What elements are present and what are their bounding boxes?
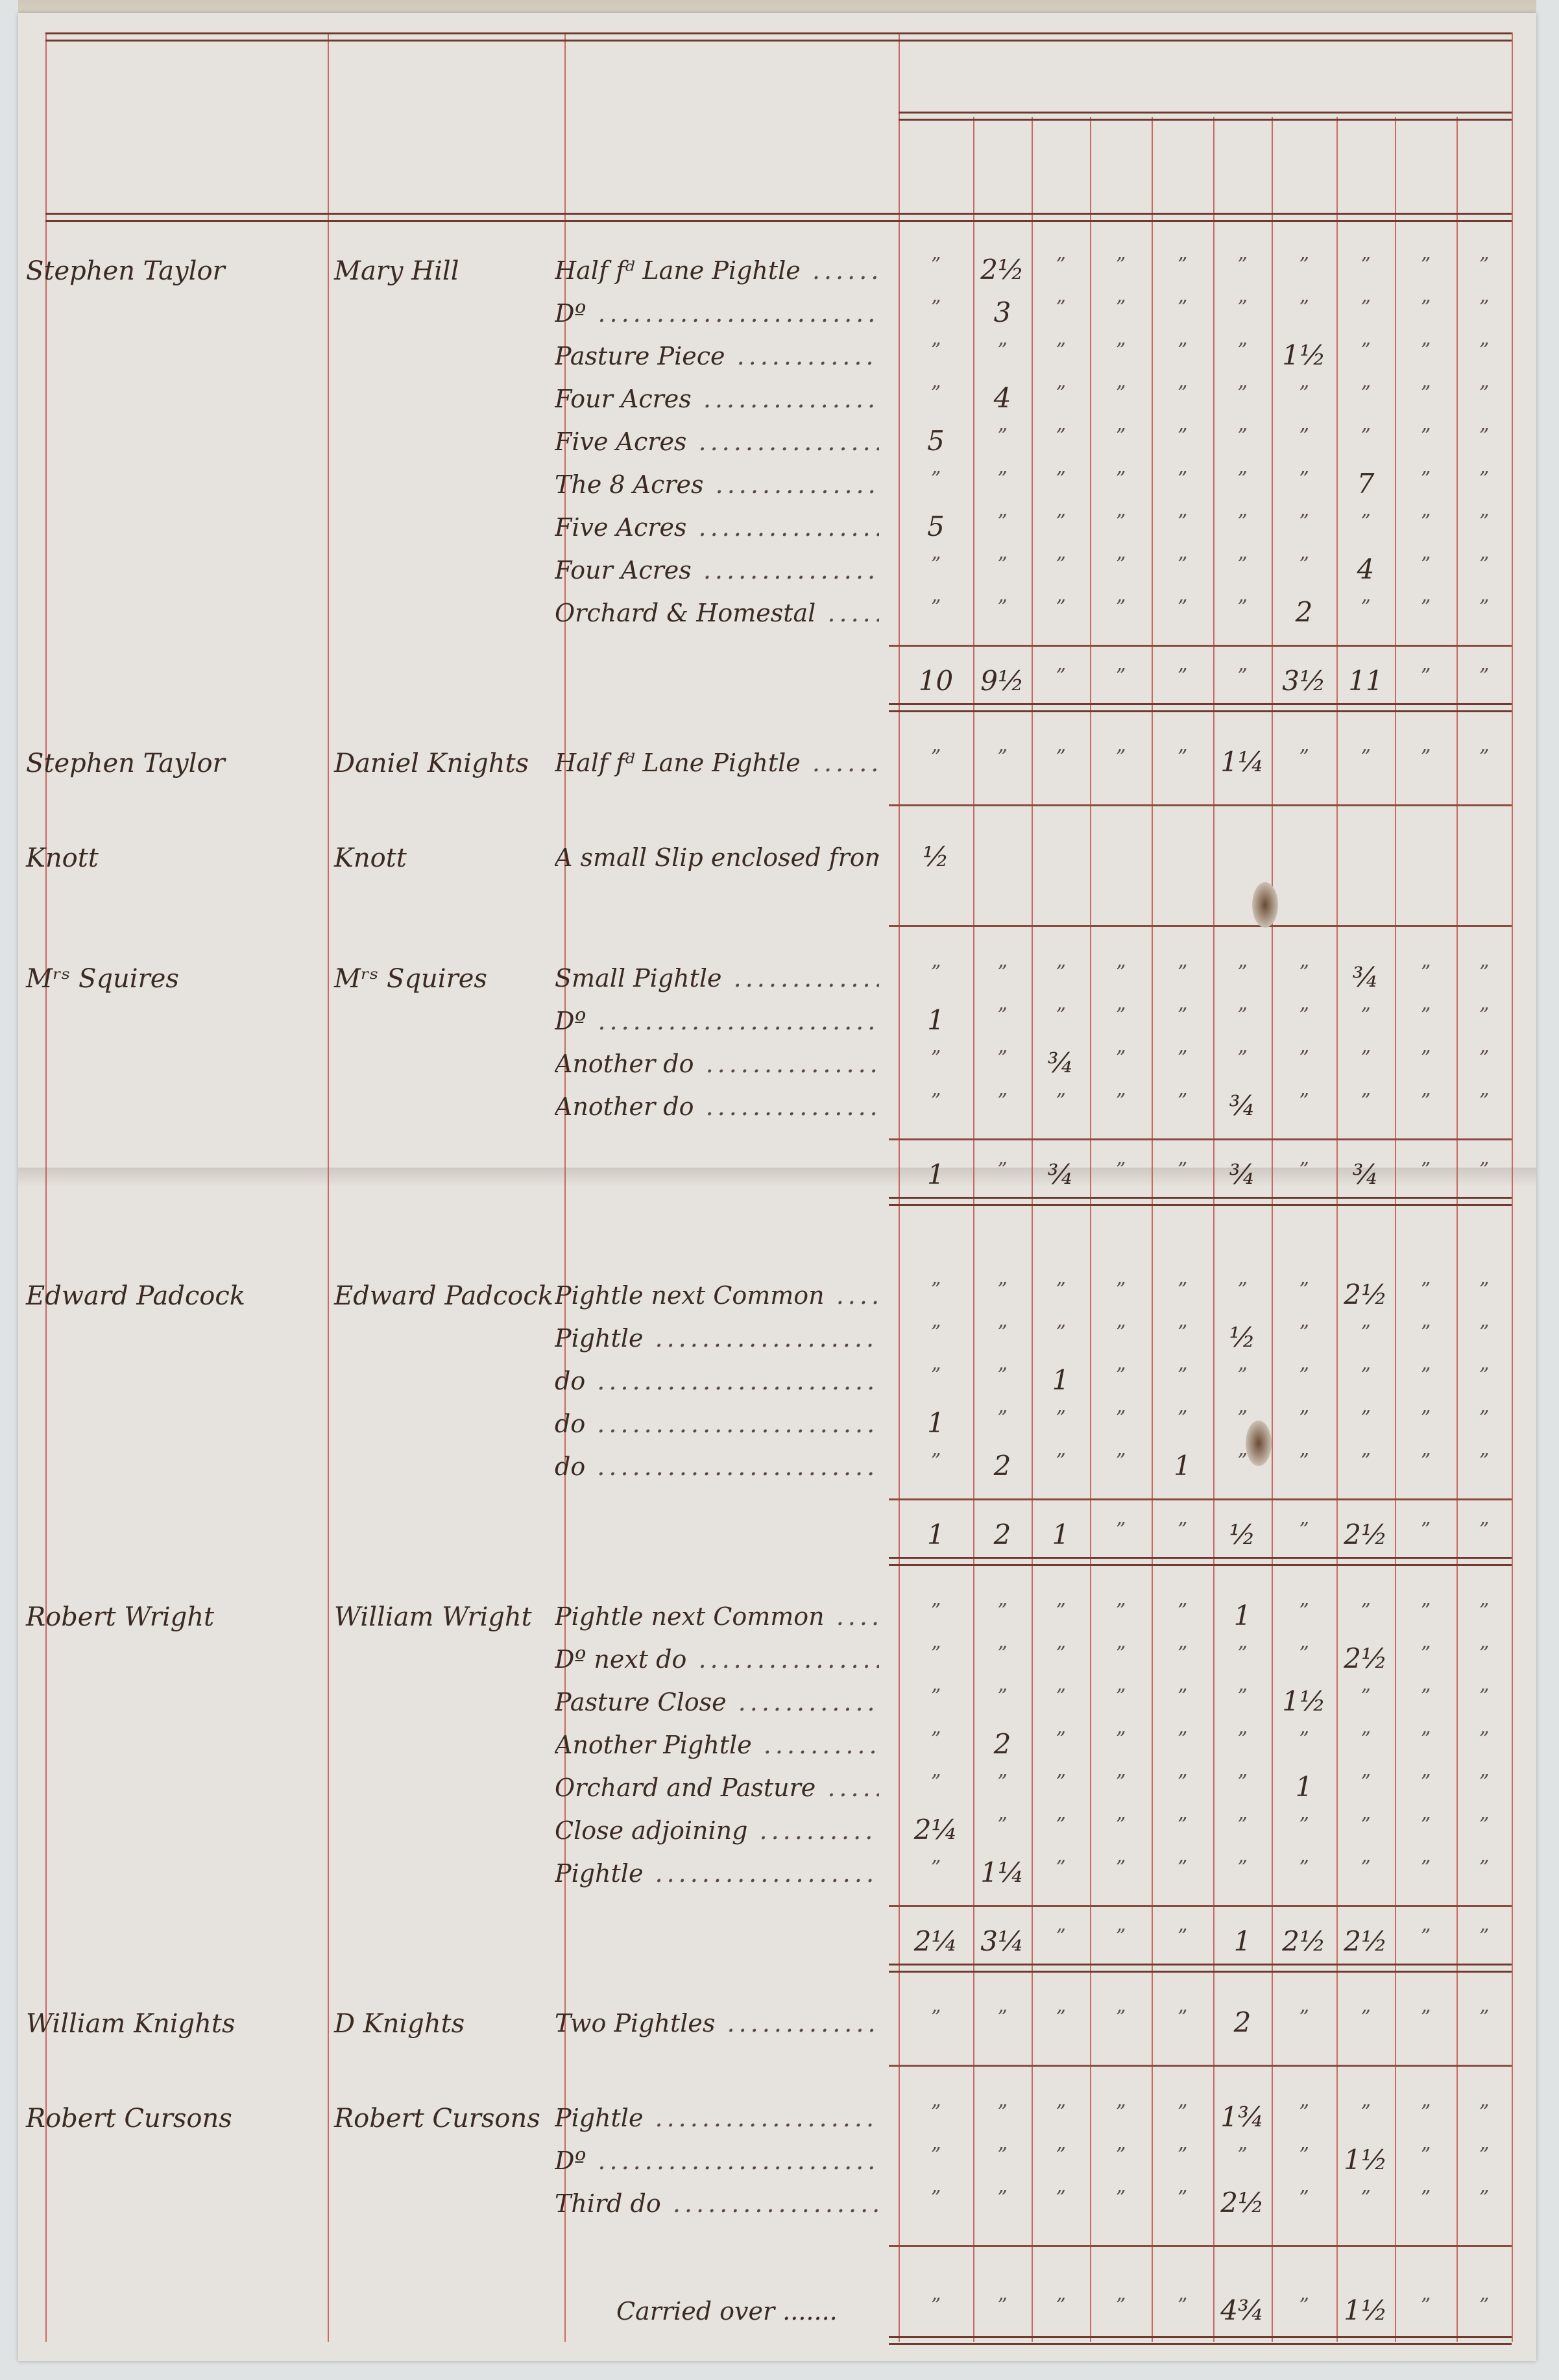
value-cell: ”: [973, 339, 1032, 362]
land-description: The 8 Acres ..........................: [555, 470, 879, 499]
value-cell: 10: [907, 665, 965, 697]
value-cell: ”: [1455, 1450, 1514, 1472]
proprietor-name: William Knights: [26, 2009, 235, 2039]
land-description: Dº ..........................: [555, 1007, 879, 1035]
proprietor-name: Mʳˢ Squires: [26, 964, 179, 994]
value-cell: 1: [1154, 1450, 1212, 1482]
value-cell: ”: [1397, 1519, 1455, 1541]
description-text: A small Slip enclosed from Common: [555, 843, 879, 872]
value-cell: ”: [973, 553, 1032, 576]
value-cell: ”: [1336, 1047, 1395, 1070]
leader-dots: ..........................: [752, 1731, 879, 1759]
value-cell: ”: [1455, 425, 1514, 448]
leader-dots: ..........................: [686, 513, 879, 542]
value-cell: ”: [1092, 425, 1150, 448]
value-cell: ”: [1275, 553, 1333, 576]
occupier-name: Robert Cursons: [334, 2104, 540, 2134]
land-description: Four Acres ..........................: [555, 385, 879, 413]
value-cell: ”: [1032, 1450, 1090, 1472]
value-cell: ”: [907, 1321, 965, 1344]
value-cell: ”: [1154, 1364, 1212, 1387]
occupier-name: William Wright: [334, 1602, 532, 1632]
value-cell: ”: [1336, 339, 1395, 362]
value-cell: ”: [973, 596, 1032, 619]
value-cell: ”: [1092, 1321, 1150, 1344]
value-cell: ”: [1275, 1159, 1333, 1181]
description-text: Another do: [555, 1050, 694, 1078]
value-cell: ”: [1032, 511, 1090, 533]
value-cell: ”: [907, 2187, 965, 2209]
value-cell: ”: [1275, 1004, 1333, 1027]
value-cell: ”: [1092, 2006, 1150, 2029]
value-cell: ”: [1032, 382, 1090, 405]
value-cell: 2: [973, 1519, 1032, 1550]
value-cell: 3¼: [973, 1925, 1032, 1957]
value-cell: ”: [1032, 425, 1090, 448]
value-cell: 1¾: [1213, 2101, 1272, 2133]
leader-dots: ..........................: [643, 1324, 879, 1352]
value-cell: ”: [1455, 2101, 1514, 2124]
description-text: Dº next do: [555, 1645, 686, 1674]
value-cell: ”: [1336, 1090, 1395, 1112]
value-cell: 1½: [1336, 2294, 1395, 2326]
value-cell: ”: [907, 1279, 965, 1301]
leader-dots: ..........................: [825, 1281, 879, 1310]
value-cell: ”: [1092, 2101, 1150, 2124]
value-cell: ”: [1336, 1685, 1395, 1708]
occupier-name: Mary Hill: [334, 256, 459, 286]
value-cell: ”: [1092, 1364, 1150, 1387]
description-text: Close adjoining: [555, 1816, 747, 1845]
value-cell: ”: [1092, 1090, 1150, 1112]
value-cell: ”: [1336, 1814, 1395, 1836]
value-cell: ”: [1275, 746, 1333, 769]
land-description: Dº ..........................: [555, 2146, 879, 2175]
value-cell: ”: [1336, 254, 1395, 276]
section-rule: [889, 2245, 1512, 2247]
value-cell: ”: [1275, 1814, 1333, 1836]
leader-dots: ..........................: [586, 2146, 879, 2175]
value-cell: ”: [1455, 1159, 1514, 1181]
value-cell: 3: [973, 296, 1032, 328]
value-cell: ”: [1213, 1814, 1272, 1836]
value-cell: 4¾: [1213, 2294, 1272, 2326]
value-cell: ”: [1092, 596, 1150, 619]
value-cell: ”: [1154, 1771, 1212, 1794]
value-cell: 1: [1032, 1519, 1090, 1550]
description-text: do: [555, 1367, 585, 1395]
value-cell: ”: [1154, 1279, 1212, 1301]
value-cell: ”: [1275, 961, 1333, 984]
value-cell: ”: [1213, 1004, 1272, 1027]
value-cell: ”: [1154, 961, 1212, 984]
value-cell: ”: [1092, 1159, 1150, 1181]
value-cell: 4: [973, 382, 1032, 414]
leader-dots: ..........................: [725, 342, 879, 370]
value-cell: ”: [1455, 665, 1514, 688]
value-cell: ”: [1275, 425, 1333, 448]
value-cell: ”: [1092, 1047, 1150, 1070]
value-cell: ”: [1455, 2294, 1514, 2317]
value-cell: ”: [1213, 553, 1272, 576]
value-cell: ”: [1154, 1857, 1212, 1879]
value-cell: ”: [1032, 665, 1090, 688]
value-cell: ”: [1032, 2006, 1090, 2029]
value-cell: ”: [1455, 1004, 1514, 1027]
value-cell: ”: [1092, 1600, 1150, 1622]
value-cell: ”: [1455, 1407, 1514, 1430]
description-text: Five Acres: [555, 427, 686, 456]
value-cell: ”: [1455, 254, 1514, 276]
description-text: Pightle next Common: [555, 1602, 825, 1631]
value-cell: ”: [1154, 1321, 1212, 1344]
value-cell: ”: [907, 2294, 965, 2317]
value-cell: ”: [1397, 382, 1455, 405]
value-cell: ”: [1213, 2144, 1272, 2167]
value-cell: 1: [1275, 1771, 1333, 1803]
value-cell: ”: [1455, 2006, 1514, 2029]
land-description: Small Pightle ..........................: [555, 964, 879, 992]
leader-dots: ..........................: [585, 1367, 879, 1395]
value-cell: ”: [973, 425, 1032, 448]
value-cell: ”: [1397, 511, 1455, 533]
value-cell: ”: [1397, 2006, 1455, 2029]
value-cell: ”: [1032, 1321, 1090, 1344]
value-cell: ”: [1336, 1857, 1395, 1879]
section-rule: [889, 804, 1512, 806]
leader-dots: ..........................: [715, 2009, 879, 2037]
land-description: Another do ..........................: [555, 1050, 879, 1078]
value-cell: ”: [1092, 468, 1150, 490]
value-cell: ”: [973, 2101, 1032, 2124]
value-cell: ”: [1092, 296, 1150, 319]
value-cell: ”: [1397, 596, 1455, 619]
value-cell: ”: [1213, 1728, 1272, 1751]
value-cell: 1: [907, 1004, 965, 1036]
value-cell: ”: [1455, 2144, 1514, 2167]
value-cell: ”: [1032, 296, 1090, 319]
land-description: Another do ..........................: [555, 1092, 879, 1121]
value-cell: ”: [1397, 2101, 1455, 2124]
value-cell: ”: [1397, 1642, 1455, 1665]
section-rule: [889, 1905, 1512, 1907]
value-cell: ”: [1032, 1814, 1090, 1836]
value-cell: ”: [1336, 1728, 1395, 1751]
value-cell: ”: [1275, 511, 1333, 533]
paper-hole: [1246, 1421, 1272, 1466]
value-cell: ”: [907, 339, 965, 362]
description-text: Dº: [555, 299, 586, 328]
value-cell: ”: [1032, 1407, 1090, 1430]
value-cell: ”: [1032, 553, 1090, 576]
value-cell: ”: [1455, 1600, 1514, 1622]
value-cell: 5: [907, 425, 965, 457]
value-cell: ”: [1032, 1857, 1090, 1879]
value-cell: ”: [1092, 1771, 1150, 1794]
value-cell: ”: [973, 746, 1032, 769]
value-cell: ”: [1032, 1728, 1090, 1751]
value-cell: ”: [1455, 1814, 1514, 1836]
value-cell: ”: [1336, 511, 1395, 533]
value-cell: ”: [1336, 2187, 1395, 2209]
value-cell: ”: [973, 1771, 1032, 1794]
value-cell: ”: [1275, 1279, 1333, 1301]
value-cell: ”: [1092, 2187, 1150, 2209]
value-cell: ”: [1213, 468, 1272, 490]
value-cell: ”: [1397, 665, 1455, 688]
value-cell: ”: [1397, 1685, 1455, 1708]
column-rule: [1512, 32, 1513, 2342]
value-cell: 1: [907, 1519, 965, 1550]
value-cell: ”: [1397, 746, 1455, 769]
value-cell: ”: [1154, 425, 1212, 448]
value-cell: ”: [1092, 961, 1150, 984]
value-cell: 3½: [1275, 665, 1333, 697]
land-description: do ..........................: [555, 1452, 879, 1481]
description-text: Another Pightle: [555, 1731, 752, 1759]
description-text: Four Acres: [555, 385, 692, 413]
land-description: Half fᵈ Lane Pightle ...................…: [555, 256, 879, 285]
value-cell: 2: [973, 1728, 1032, 1760]
value-cell: ”: [907, 2101, 965, 2124]
value-cell: ”: [1092, 1407, 1150, 1430]
leader-dots: ..........................: [704, 470, 879, 499]
value-cell: ¾: [1213, 1090, 1272, 1122]
value-cell: ”: [1154, 1685, 1212, 1708]
value-cell: ”: [1455, 1364, 1514, 1387]
value-cell: ”: [1275, 1600, 1333, 1622]
description-text: Dº: [555, 1007, 586, 1035]
value-cell: ”: [1455, 1279, 1514, 1301]
value-cell: ½: [907, 841, 965, 872]
value-cell: ”: [907, 746, 965, 769]
land-description: Five Acres ..........................: [555, 513, 879, 542]
value-cell: ”: [1092, 511, 1150, 533]
value-cell: ”: [1213, 1857, 1272, 1879]
value-cell: ”: [1032, 2144, 1090, 2167]
value-cell: ”: [1032, 596, 1090, 619]
leader-dots: ..........................: [643, 2104, 879, 2132]
leader-dots: ..........................: [692, 556, 879, 584]
value-cell: ”: [907, 1857, 965, 1879]
description-text: Another do: [555, 1092, 694, 1121]
leader-dots: ..........................: [747, 1816, 879, 1845]
description-text: Four Acres: [555, 556, 692, 584]
value-cell: ”: [1032, 746, 1090, 769]
value-cell: ”: [1032, 1600, 1090, 1622]
value-cell: ”: [1092, 339, 1150, 362]
value-cell: ”: [907, 961, 965, 984]
value-cell: ”: [1397, 1857, 1455, 1879]
value-cell: 1½: [1275, 339, 1333, 371]
value-cell: ”: [1275, 2144, 1333, 2167]
description-text: do: [555, 1410, 585, 1438]
value-cell: ”: [1213, 961, 1272, 984]
land-description: Close adjoining ........................…: [555, 1816, 879, 1845]
value-cell: ”: [1397, 1321, 1455, 1344]
value-cell: ½: [1213, 1321, 1272, 1353]
value-cell: ”: [973, 1090, 1032, 1112]
carried-over-rule: [889, 2336, 1512, 2345]
value-cell: ”: [1336, 2006, 1395, 2029]
description-text: Pightle next Common: [555, 1281, 825, 1310]
description-text: Dº: [555, 2146, 586, 2175]
value-cell: ”: [1455, 961, 1514, 984]
value-cell: ”: [1154, 511, 1212, 533]
header-bottom-rule: [45, 213, 1512, 222]
value-cell: ¾: [1336, 1159, 1395, 1190]
value-cell: ¾: [1032, 1159, 1090, 1190]
land-description: Pightle ..........................: [555, 1859, 879, 1888]
value-cell: ½: [1213, 1519, 1272, 1550]
description-text: Pasture Close: [555, 1688, 727, 1716]
value-cell: ”: [1154, 339, 1212, 362]
value-cell: ”: [1092, 1519, 1150, 1541]
value-cell: ”: [907, 553, 965, 576]
value-cell: ”: [973, 1814, 1032, 1836]
value-cell: ”: [1032, 2294, 1090, 2317]
value-cell: 1: [1213, 1600, 1272, 1631]
leader-dots: ..........................: [686, 427, 879, 456]
value-cell: ”: [1455, 553, 1514, 576]
value-cell: 2½: [1336, 1279, 1395, 1310]
value-cell: ”: [1336, 1407, 1395, 1430]
land-description: Half fᵈ Lane Pightle ...................…: [555, 749, 879, 777]
land-description: Orchard and Pasture ....................…: [555, 1773, 879, 1802]
land-description: do ..........................: [555, 1367, 879, 1395]
value-cell: 2½: [1275, 1925, 1333, 1957]
section-rule: [889, 925, 1512, 927]
value-cell: 11: [1336, 665, 1395, 697]
leader-dots: ..........................: [816, 599, 879, 627]
value-cell: ”: [1275, 1364, 1333, 1387]
value-cell: ”: [973, 1407, 1032, 1430]
section-rule: [889, 1498, 1512, 1500]
land-description: Pightle ..........................: [555, 2104, 879, 2132]
value-cell: ”: [1455, 1685, 1514, 1708]
value-cell: ”: [1032, 468, 1090, 490]
value-cell: ”: [1092, 1004, 1150, 1027]
land-description: Third do ..........................: [555, 2189, 879, 2218]
value-cell: ”: [1154, 1642, 1212, 1665]
value-cell: ”: [1032, 2187, 1090, 2209]
value-cell: ”: [1275, 2294, 1333, 2317]
value-cell: ”: [1455, 596, 1514, 619]
value-cell: ”: [1032, 254, 1090, 276]
proprietor-name: Edward Padcock: [26, 1281, 245, 1311]
value-cell: ”: [1397, 339, 1455, 362]
leader-dots: ..........................: [692, 385, 879, 413]
land-description: Another Pightle ........................…: [555, 1731, 879, 1759]
value-cell: ”: [1092, 1685, 1150, 1708]
value-cell: ”: [1397, 468, 1455, 490]
value-cell: ”: [1092, 1450, 1150, 1472]
value-cell: 2: [1275, 596, 1333, 628]
value-cell: ”: [1397, 2187, 1455, 2209]
value-cell: ”: [973, 1642, 1032, 1665]
proprietor-name: Stephen Taylor: [26, 749, 225, 778]
description-text: do: [555, 1452, 585, 1481]
value-cell: ”: [1275, 1321, 1333, 1344]
value-cell: ”: [1032, 1004, 1090, 1027]
value-cell: ”: [1154, 596, 1212, 619]
value-cell: ”: [1092, 1925, 1150, 1948]
value-cell: 4: [1336, 553, 1395, 585]
value-cell: ”: [1397, 1004, 1455, 1027]
value-cell: ”: [1455, 1642, 1514, 1665]
value-cell: ”: [1275, 382, 1333, 405]
value-cell: ”: [907, 1685, 965, 1708]
leader-dots: ..........................: [825, 1602, 879, 1631]
column-rule: [45, 32, 47, 2342]
value-cell: ”: [973, 1004, 1032, 1027]
value-cell: ”: [1455, 1925, 1514, 1948]
section-rule: [889, 703, 1512, 712]
description-text: Five Acres: [555, 513, 686, 542]
header-top-rule: [45, 32, 1512, 42]
description-text: Pightle: [555, 2104, 643, 2132]
value-cell: ”: [973, 1685, 1032, 1708]
value-cell: ”: [1336, 2101, 1395, 2124]
proprietor-name: Robert Cursons: [26, 2104, 232, 2134]
description-text: Pasture Piece: [555, 342, 725, 370]
value-cell: ”: [1032, 1685, 1090, 1708]
value-cell: ”: [1455, 339, 1514, 362]
land-description: Dº next do ..........................: [555, 1645, 879, 1674]
land-description: Pightle next Common ....................…: [555, 1281, 879, 1310]
value-cell: ”: [1397, 254, 1455, 276]
header-sub-rule: [899, 112, 1512, 121]
value-cell: ”: [1275, 2101, 1333, 2124]
value-cell: 2: [1213, 2006, 1272, 2038]
value-cell: ”: [973, 468, 1032, 490]
value-cell: 2½: [1213, 2187, 1272, 2218]
section-rule: [889, 1557, 1512, 1566]
value-cell: ”: [1154, 254, 1212, 276]
value-cell: ”: [1275, 1407, 1333, 1430]
value-cell: ”: [1455, 1857, 1514, 1879]
value-cell: ”: [907, 1728, 965, 1751]
value-cell: ”: [1397, 2144, 1455, 2167]
description-text: Two Pightles: [555, 2009, 715, 2037]
value-cell: ”: [973, 2187, 1032, 2209]
value-cell: ”: [973, 1321, 1032, 1344]
proprietor-name: Stephen Taylor: [26, 256, 225, 286]
value-cell: ”: [1154, 468, 1212, 490]
value-cell: ”: [1092, 254, 1150, 276]
value-cell: ”: [907, 468, 965, 490]
value-cell: 2: [973, 1450, 1032, 1482]
value-cell: 1: [907, 1407, 965, 1439]
value-cell: 1: [1032, 1364, 1090, 1396]
description-text: Orchard and Pasture: [555, 1773, 816, 1802]
leader-dots: ..........................: [586, 1007, 879, 1035]
value-cell: ”: [1275, 1642, 1333, 1665]
column-rule: [899, 32, 900, 2342]
value-cell: ”: [1397, 1407, 1455, 1430]
value-cell: ”: [1336, 1364, 1395, 1387]
value-cell: ”: [1455, 1090, 1514, 1112]
value-cell: ”: [973, 961, 1032, 984]
value-cell: ”: [1397, 1279, 1455, 1301]
value-cell: ”: [1397, 1450, 1455, 1472]
value-cell: ”: [1397, 425, 1455, 448]
value-cell: ”: [1275, 1450, 1333, 1472]
value-cell: ”: [973, 1047, 1032, 1070]
value-cell: ”: [1336, 1600, 1395, 1622]
value-cell: ”: [1455, 296, 1514, 319]
value-cell: ”: [1213, 596, 1272, 619]
